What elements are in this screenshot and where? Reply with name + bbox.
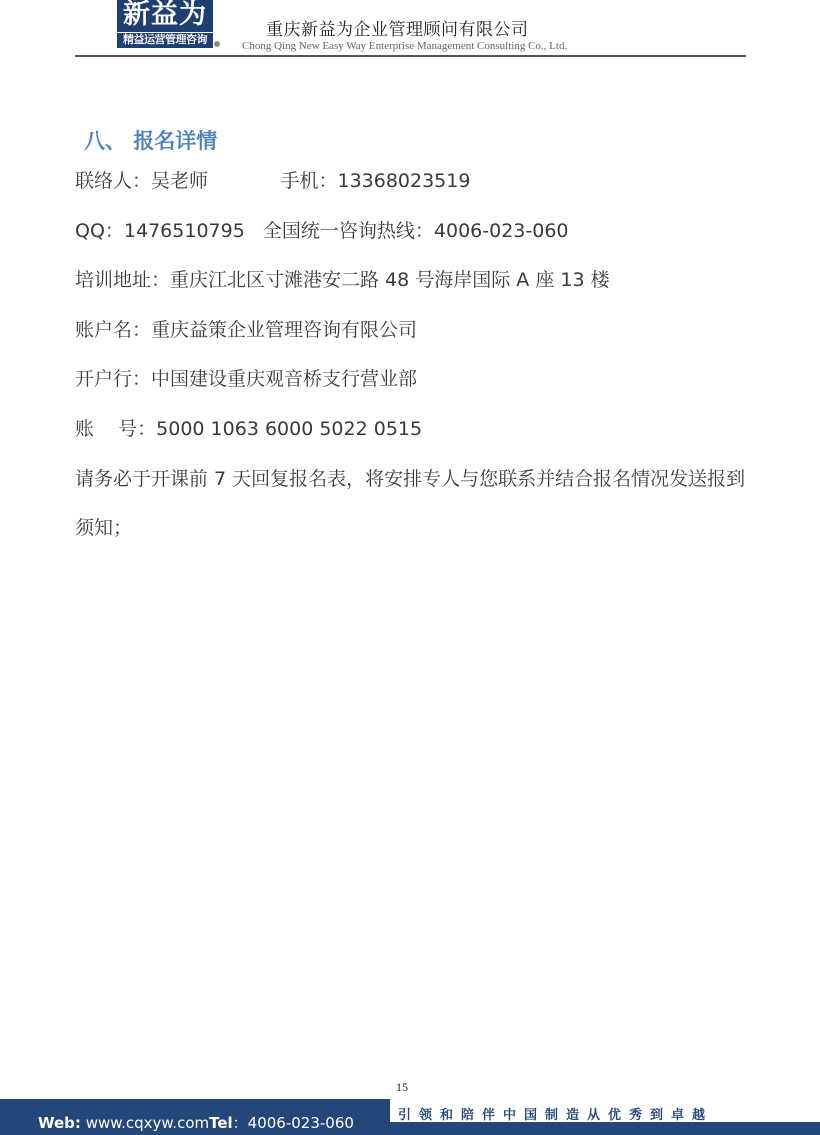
qq-hotline-line: QQ：1476510795 全国统一咨询热线：4006-023-060: [75, 216, 569, 243]
logo-dot-icon: [214, 41, 220, 47]
notice-line: 请务必于开课前 7 天回复报名表，将安排专人与您联系并结合报名情况发送报到: [75, 464, 745, 491]
page-number: 15: [396, 1080, 408, 1095]
company-name-en: Chong Qing New Easy Way Enterprise Manag…: [242, 40, 567, 52]
footer-band-bottom: [380, 1122, 820, 1135]
company-name-cn: 重庆新益为企业管理顾问有限公司: [266, 15, 529, 40]
notice-line-cont: 须知；: [75, 513, 132, 540]
account-number-line: 账 号：5000 1063 6000 5022 0515: [75, 414, 422, 441]
training-address-line: 培训地址：重庆江北区寸滩港安二路 48 号海岸国际 A 座 13 楼: [75, 265, 610, 292]
tel-value: ：4006-023-060: [233, 1114, 354, 1132]
logo-sub-text: 精益运营管理咨询: [117, 32, 213, 47]
page-header: 新益为 精益运营管理咨询 重庆新益为企业管理顾问有限公司 Chong Qing …: [0, 0, 820, 58]
section-title: 八、 报名详情: [84, 125, 217, 155]
tel-label: Tel: [209, 1114, 233, 1132]
web-value: www.cqxyw.com: [81, 1114, 209, 1132]
header-divider: [75, 55, 746, 57]
contact-person-line: 联络人：吴老师 手机：13368023519: [75, 166, 470, 193]
web-label: Web:: [38, 1114, 81, 1132]
account-name-line: 账户名：重庆益策企业管理咨询有限公司: [75, 315, 417, 342]
logo-main-text: 新益为: [117, 0, 213, 32]
footer-contact: Web: www.cqxyw.comTel：4006-023-060: [38, 1112, 354, 1133]
bank-line: 开户行：中国建设重庆观音桥支行营业部: [75, 364, 417, 391]
footer-slogan: 引领和陪伴中国制造从优秀到卓越: [398, 1104, 713, 1123]
company-logo: 新益为 精益运营管理咨询: [117, 0, 213, 48]
